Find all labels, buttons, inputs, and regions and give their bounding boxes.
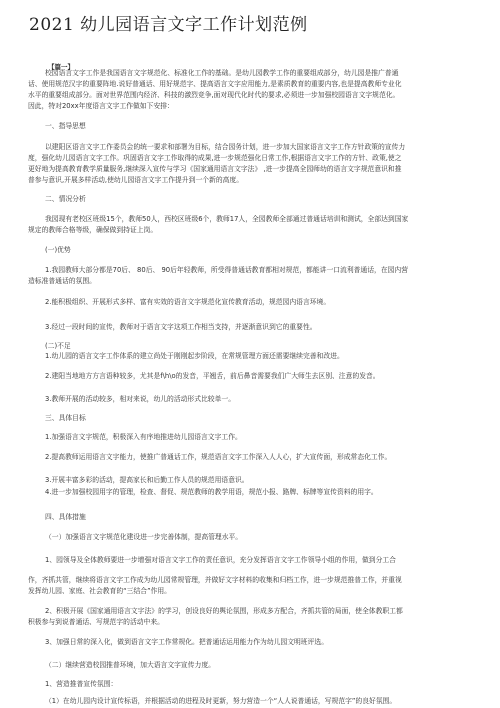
paragraph-line: 1.我园教师大部分都是70后、 80后、 90后年轻教师，所受得普通话教育都相对… <box>45 265 408 276</box>
paragraph-line: 2、积极开展《国家通用语言文字法》的学习，创设良好的舆论氛围，形成多方配合，齐抓… <box>45 606 403 617</box>
document-title: 2021 幼儿园语言文字工作计划范例 <box>29 10 308 35</box>
paragraph-line: 积极参与到说普通话、写规范字的活动中来。 <box>28 617 164 628</box>
paragraph-line: （一）加强语言文字规范化建设进一步完善体制，提高管理水平。 <box>45 532 242 543</box>
paragraph-line: 造标准普通话的氛围。 <box>28 276 96 287</box>
paragraph-line: 2.提高教师运用语言文字能力，使推广普通话工作，规范语言文字工作深入人人心，扩大… <box>45 452 391 463</box>
paragraph-line: 2.能积极组织、开展形式多样、富有实效的语言文字规范化宣传教育活动，规范园内语言… <box>45 297 330 308</box>
paragraph-line: 四、具体措施 <box>45 512 86 523</box>
paragraph-line: 一、指导思想 <box>45 121 86 132</box>
paragraph-line: 1.加强语言文字规范，积极深入有序地推进幼儿园语言文字工作。 <box>45 432 242 443</box>
paragraph-line: 2.建阳当地地方方言语种较多，尤其是f\h\o的发音，平翘舌，前后鼻音需要我们广… <box>45 371 380 382</box>
paragraph-line: 3.开展丰富多彩的活动，提高家长和后勤工作人员的规范用语意识。 <box>45 475 249 486</box>
paragraph-line: (一)优势 <box>45 245 71 256</box>
paragraph-line: 1、园领导及全体教师要进一步增强对语言文字工作的责任意识，充分发挥语言文字工作领… <box>45 555 396 566</box>
paragraph-line: 因此，特对20xx年度语言文字工作做如下安排： <box>28 101 174 112</box>
paragraph-line: 作，齐抓共管，继续将语言文字工作成为幼儿园常规管理，并做好文字材料的收集和归档工… <box>28 575 402 586</box>
paragraph-line: 水平的重要组成部分。面对世界范围内经济、科技的激烈竞争,面对现代化时代的要求,必… <box>28 90 399 101</box>
paragraph-line: 3、加强日常的深入化，做到语言文字工作常规化。把普通话运用能力作为幼儿园文明班评… <box>45 637 328 648</box>
paragraph-line: 二、情况分析 <box>45 194 86 205</box>
paragraph-line: 发挥幼儿园、家庭、社会教育的“三结合”作用。 <box>28 586 171 597</box>
paragraph-line: 以建阳区语言文字工作委员会的统一要求和部署为目标，结合园务计划，进一步加大国家语… <box>45 142 405 153</box>
paragraph-line: 3.经过一段时间的宣传，教师对于语言文字这项工作相当支持，并逐渐意识到它的重要性… <box>45 322 317 333</box>
paragraph-line: 话、使用规范汉字的重要阵地.说好普通话、用好规范字、提高语言文字应用能力,是素质… <box>28 79 402 90</box>
paragraph-line: （二）继续营造校园推普环境，加大语言文字宣传力度。 <box>45 660 215 671</box>
paragraph-line: 我园现有老校区班级15个，教师50人，西校区班级6个，教师17人，全园教师全部通… <box>45 214 408 225</box>
paragraph-line: （1）在幼儿园内设计宣传标语，并根据活动的进程及时更新，努力营造一个“人人说普通… <box>45 696 396 707</box>
paragraph-line: 普参与意识,开展多样活动,使幼儿园语言文字工作提升到一个新的高度。 <box>28 175 243 186</box>
paragraph-line: 度，强化幼儿园语言文字工作。巩固语言文字工作取得的成果,进一步规范强化日常工作,… <box>28 153 402 164</box>
paragraph-line: 4.进一步加强校园用字的管理，检查、督促、规范教师的教学用语，规范小报、路牌、标… <box>45 487 378 498</box>
paragraph-line: 更好地为提高教育教学质量服务,继续深入宣传与学习《国家通用语言文字法》 ,进一步… <box>28 164 402 175</box>
paragraph-line: 校园语言文字工作是我国语言文字规范化、标准化工作的基础。是幼儿园教学工作的重要组… <box>45 68 398 79</box>
paragraph-line: 1、营造推普宣传氛围： <box>45 679 117 690</box>
paragraph-line: 三、具体目标 <box>45 413 86 424</box>
paragraph-line: 规定的教师合格等级，确保做到持证上岗。 <box>28 225 157 236</box>
paragraph-line: 3.教师开展的活动较多，相对来说，幼儿的活动形式比较单一。 <box>45 394 235 405</box>
paragraph-line: 1.幼儿园的语言文字工作体系的建立尚处于刚刚起步阶段，在常规管理方面还需要继续完… <box>45 351 344 362</box>
